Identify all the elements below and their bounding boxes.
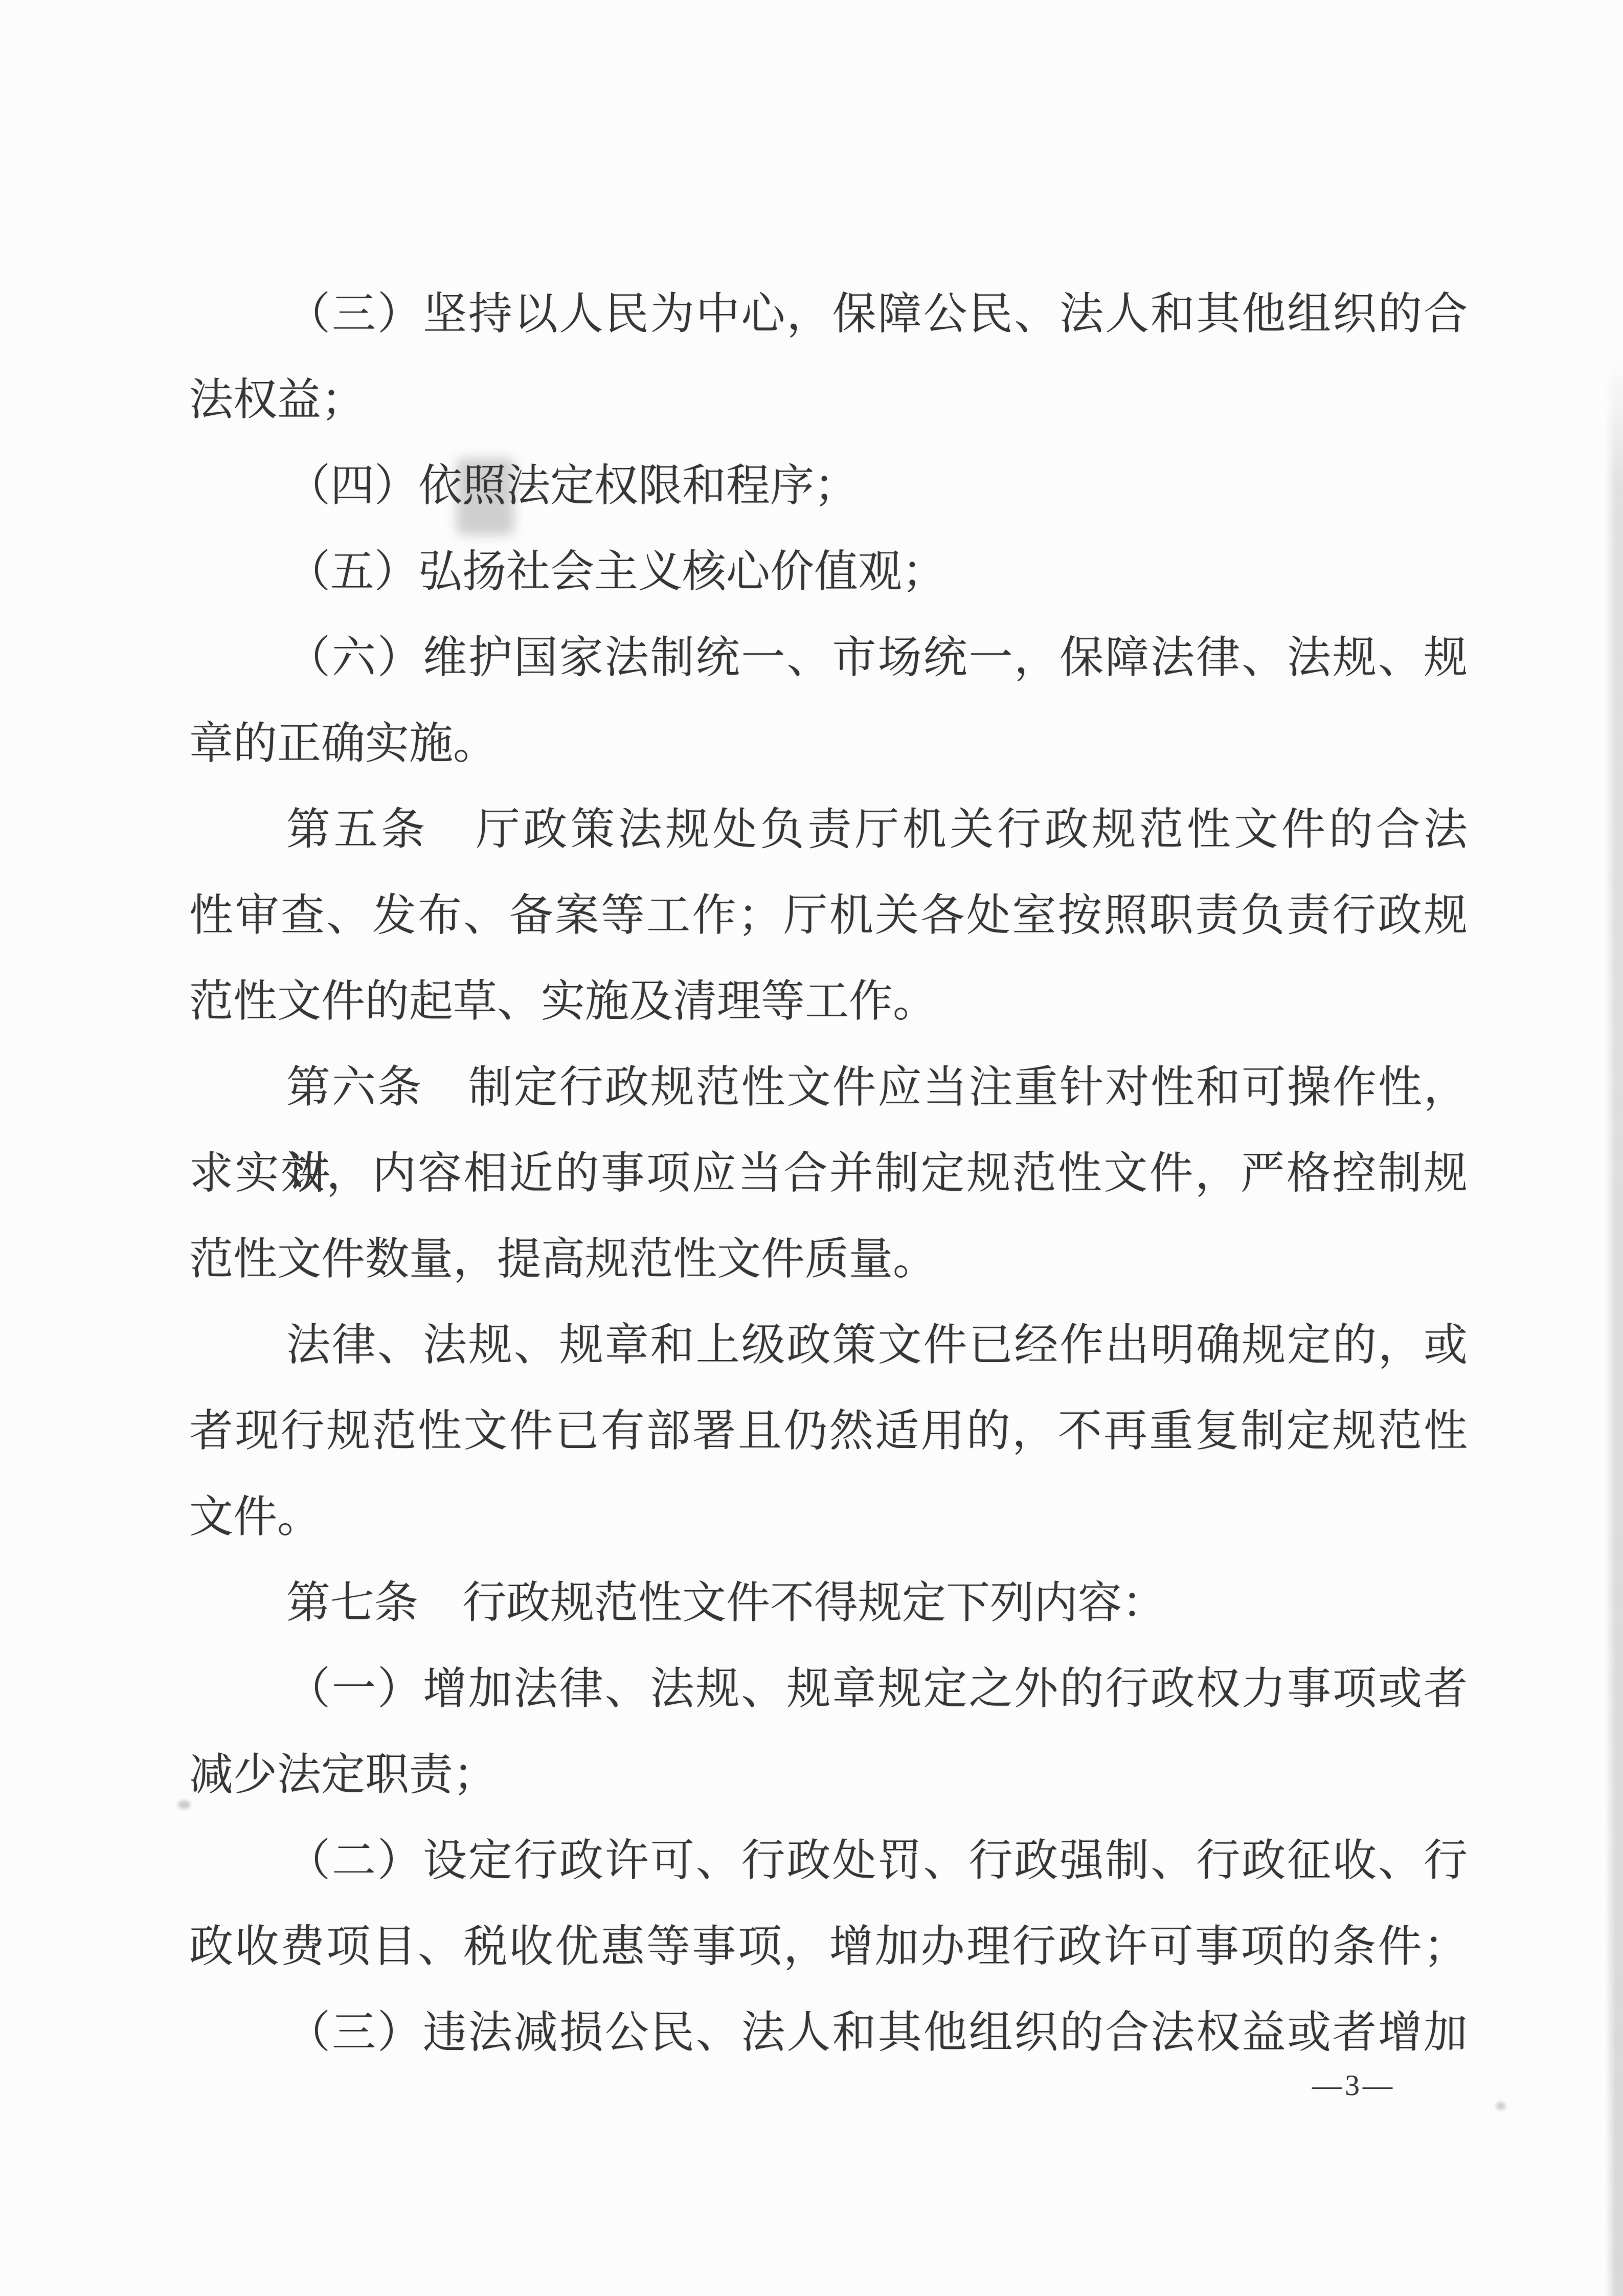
doc-line-21: （三）违法减损公民、法人和其他组织的合法权益或者增加: [189, 1990, 1468, 2076]
doc-line-11: 求实效，内容相近的事项应当合并制定规范性文件，严格控制规: [189, 1130, 1468, 1216]
doc-line-19: （二）设定行政许可、行政处罚、行政强制、行政征收、行: [189, 1818, 1468, 1904]
doc-line-6: 章的正确实施。: [189, 701, 1468, 787]
doc-line-7: 第五条 厅政策法规处负责厅机关行政规范性文件的合法: [189, 787, 1468, 873]
doc-line-13: 法律、法规、规章和上级政策文件已经作出明确规定的，或: [189, 1302, 1468, 1388]
doc-line-2: 法权益；: [189, 357, 1468, 443]
doc-line-8: 性审查、发布、备案等工作；厅机关各处室按照职责负责行政规: [189, 873, 1468, 958]
doc-line-9: 范性文件的起草、实施及清理等工作。: [189, 958, 1468, 1044]
doc-line-20: 政收费项目、税收优惠等事项，增加办理行政许可事项的条件；: [189, 1904, 1468, 1990]
scan-speck: [1496, 2102, 1505, 2110]
doc-line-4: （五）弘扬社会主义核心价值观；: [189, 529, 1468, 615]
doc-line-16: 第七条 行政规范性文件不得规定下列内容：: [189, 1560, 1468, 1646]
doc-line-5: （六）维护国家法制统一、市场统一，保障法律、法规、规: [189, 615, 1468, 701]
doc-line-12: 范性文件数量，提高规范性文件质量。: [189, 1216, 1468, 1302]
scan-speck: [178, 1800, 190, 1809]
doc-line-1: （三）坚持以人民为中心，保障公民、法人和其他组织的合: [189, 271, 1468, 357]
doc-line-3: （四）依照法定权限和程序；: [189, 443, 1468, 529]
document-text-block: （三）坚持以人民为中心，保障公民、法人和其他组织的合 法权益； （四）依照法定权…: [189, 271, 1468, 2076]
doc-line-10: 第六条 制定行政规范性文件应当注重针对性和可操作性，讲: [189, 1044, 1468, 1130]
doc-line-15: 文件。: [189, 1474, 1468, 1560]
page-number: —3—: [1312, 2062, 1395, 2108]
document-page: （三）坚持以人民为中心，保障公民、法人和其他组织的合 法权益； （四）依照法定权…: [0, 0, 1623, 2296]
doc-line-17: （一）增加法律、法规、规章规定之外的行政权力事项或者: [189, 1646, 1468, 1732]
doc-line-18: 减少法定职责；: [189, 1732, 1468, 1818]
scan-edge-artifact: [1605, 358, 1623, 2296]
doc-line-14: 者现行规范性文件已有部署且仍然适用的，不再重复制定规范性: [189, 1388, 1468, 1474]
